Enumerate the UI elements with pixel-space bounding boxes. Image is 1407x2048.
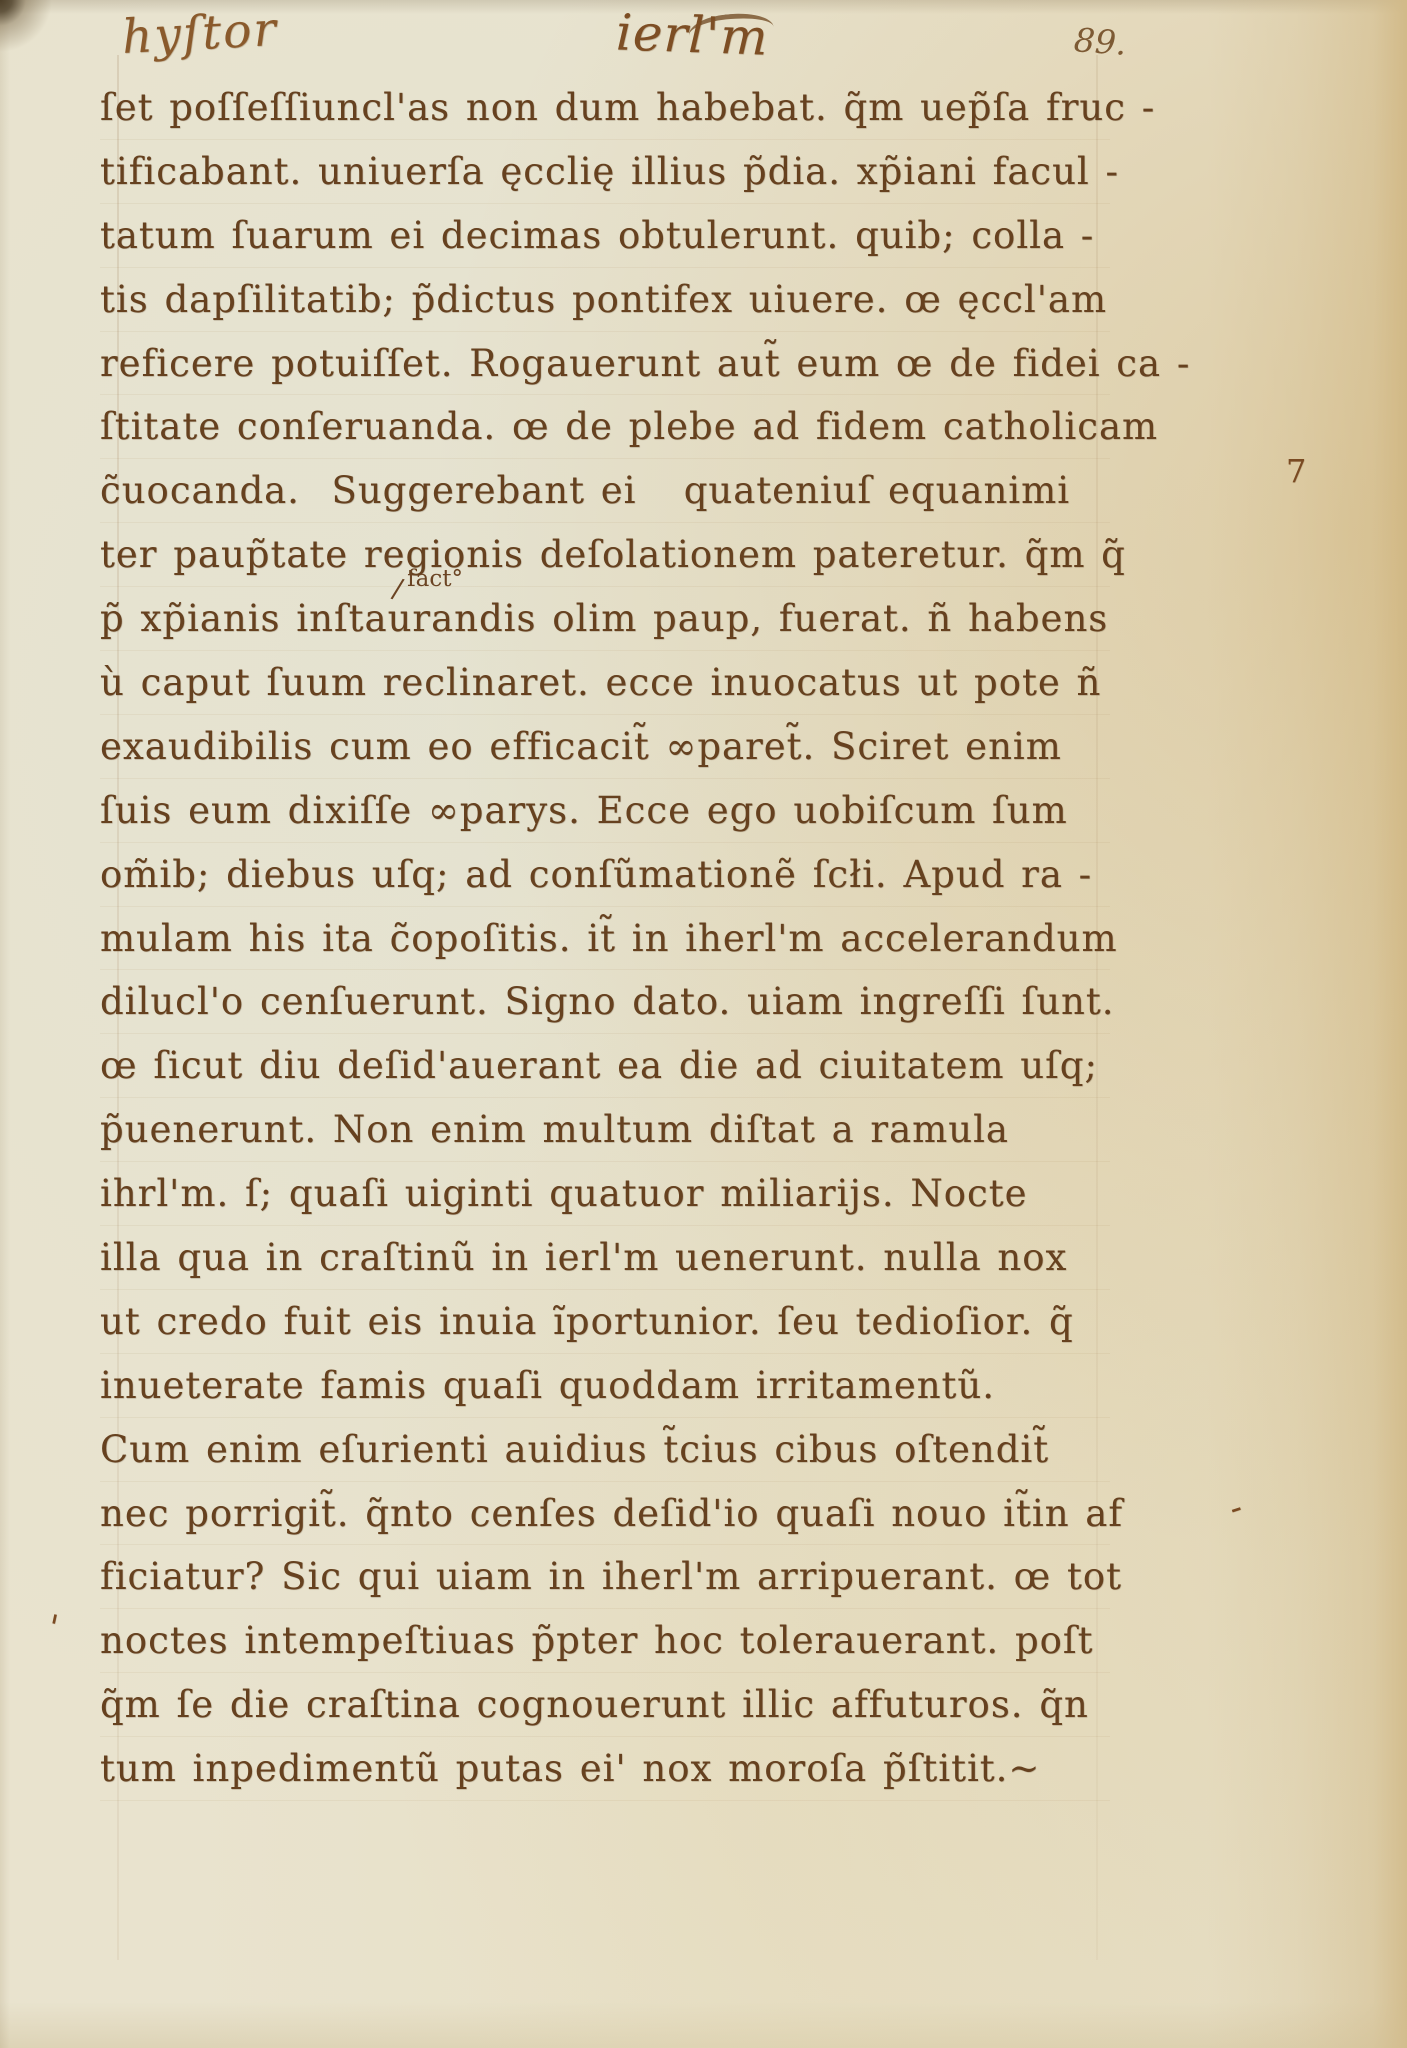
interlinear-addition: /fact° — [396, 562, 463, 593]
text-line: noctes intempeſtiuas p̃pter hoc toleraue… — [100, 1609, 1110, 1673]
text-line: mulam his ita c̃opoſitis. it̃ in iherl'm… — [100, 907, 1110, 971]
running-title-center: ierl'm — [615, 3, 770, 66]
quire-mark: 7 — [1286, 452, 1306, 490]
text-block: ſet poſſeſſiuncl'as non dum habebat. q̃m… — [100, 76, 1110, 1801]
margin-comma: ' — [44, 1607, 61, 1648]
text-line: illa qua in craſtinũ in ierl'm uenerunt.… — [100, 1226, 1110, 1290]
text-line: ù caput ſuum reclinaret. ecce inuocatus … — [100, 651, 1110, 715]
text-line: ſtitate conſeruanda. œ de plebe ad fidem… — [100, 395, 1110, 459]
text-line: nec porrigit̃. q̃nto cenſes deſid'io qua… — [100, 1482, 1110, 1546]
text-line: tificabant. uniuerſa ęcclię illius p̃dia… — [100, 140, 1110, 204]
text-line: inueterate famis quaſi quoddam irritamen… — [100, 1354, 1110, 1418]
text-line: tis dapſilitatib; p̃dictus pontifex uiue… — [100, 268, 1110, 332]
text-line: ut credo fuit eis inuia ĩportunior. ſeu … — [100, 1290, 1110, 1354]
manuscript-page: hyſtor ierl'm 89. ſet poſſeſſiuncl'as no… — [0, 0, 1407, 2048]
line-filler-stroke: - — [1224, 1487, 1247, 1529]
text-line: ſuis eum dixiſſe ∞parys. Ecce ego uobiſc… — [100, 779, 1110, 843]
text-line: p̃uenerunt. Non enim multum diſtat a ram… — [100, 1098, 1110, 1162]
text-line: tatum ſuarum ei decimas obtulerunt. quib… — [100, 204, 1110, 268]
running-title-left: hyſtor — [121, 2, 280, 65]
text-line: exaudibilis cum eo efficacit̃ ∞paret̃. S… — [100, 715, 1110, 779]
text-line: Cum enim eſurienti auidius t̃cius cibus … — [100, 1418, 1110, 1482]
text-line: q̃m ſe die craſtina cognouerunt illic af… — [100, 1673, 1110, 1737]
text-line: c̃uocanda. Suggerebant ei quateniuſ equa… — [100, 459, 1110, 523]
folio-number: 89. — [1073, 20, 1128, 63]
text-line: reficere potuiſſet. Rogauerunt aut̃ eum … — [100, 332, 1110, 396]
text-line: ter paup̃tate regionis deſolationem pate… — [100, 523, 1110, 587]
text-line: ficiatur? Sic qui uiam in iherl'm arripu… — [100, 1545, 1110, 1609]
text-line: ihrl'm. ſ; quaſi uiginti quatuor miliari… — [100, 1162, 1110, 1226]
text-line: p̃ xp̃ianis inſtaurandis olim paup, fuer… — [100, 587, 1110, 651]
page-corner-stain — [0, 0, 90, 90]
text-line: ſet poſſeſſiuncl'as non dum habebat. q̃m… — [100, 76, 1110, 140]
text-line: dilucl'o cenſuerunt. Signo dato. uiam in… — [100, 970, 1110, 1034]
text-line: om̃ib; diebus uſq; ad conſũmationẽ ſcłi.… — [100, 843, 1110, 907]
text-line: œ ſicut diu deſid'auerant ea die ad ciui… — [100, 1034, 1110, 1098]
interlinear-text: fact° — [407, 566, 463, 592]
text-line: tum inpedimentũ putas ei' nox moroſa p̃ſ… — [100, 1737, 1110, 1801]
